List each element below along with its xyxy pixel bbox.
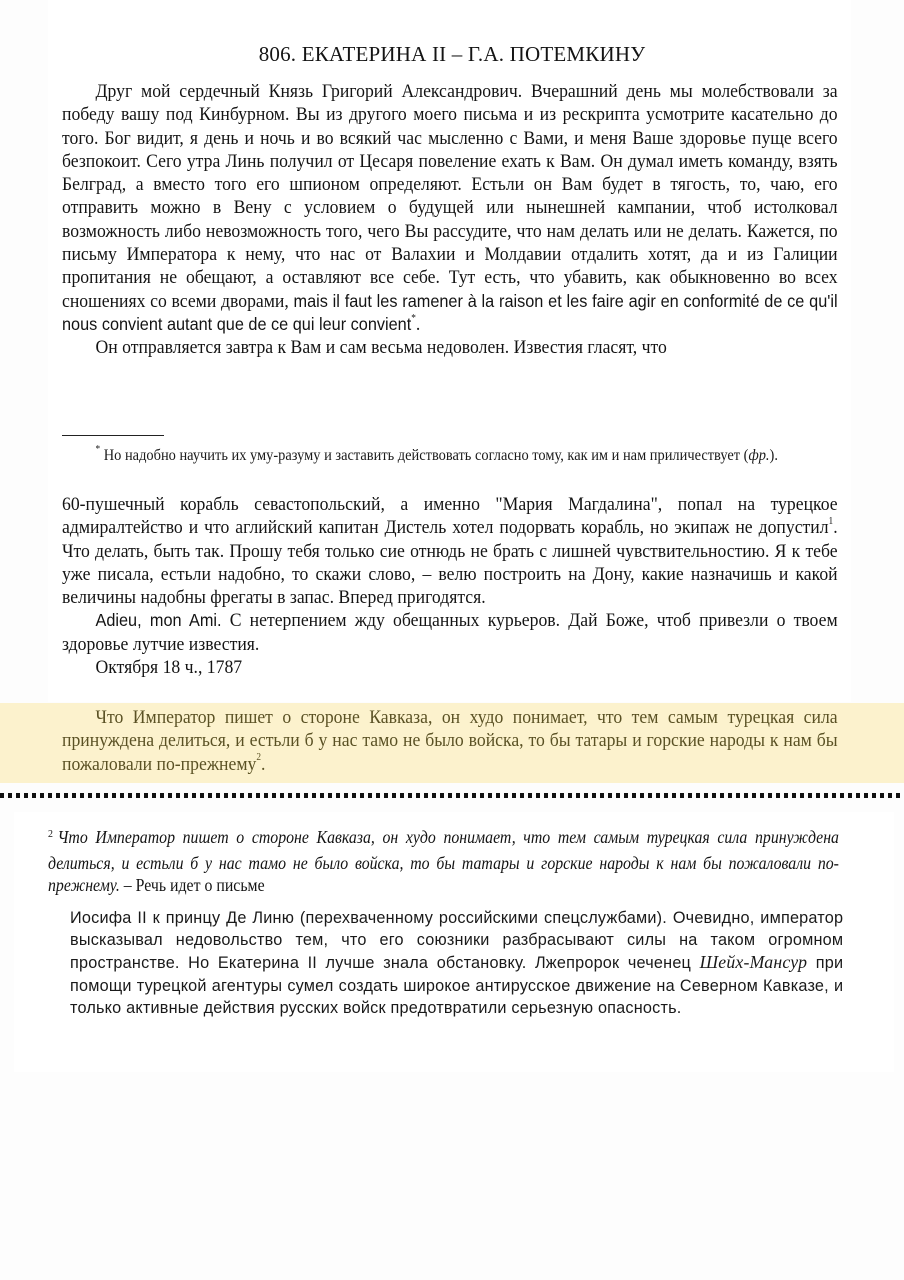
footnote-2-commentary: Иосифа II к принцу Де Линю (перехваченно… xyxy=(70,907,843,1019)
footnote-2: 2Что Император пишет о стороне Кавказа, … xyxy=(48,826,839,897)
letter-body: Друг мой сердечный Князь Григорий Алекса… xyxy=(62,80,838,360)
document-title: 806. ЕКАТЕРИНА II – Г.А. ПОТЕМКИНУ xyxy=(0,42,904,67)
dotted-separator xyxy=(0,793,904,798)
letter-body-continued: 60-пушечный корабль севастопольский, а и… xyxy=(62,493,838,679)
footnote-star-marker[interactable]: * xyxy=(411,313,416,324)
footnote-star-mark: * xyxy=(95,444,100,455)
footnote-rule xyxy=(62,435,164,436)
letter-paragraph-1: Друг мой сердечный Князь Григорий Алекса… xyxy=(62,80,838,336)
letter-paragraph-3: Adieu, mon Ami. С нетерпением жду обещан… xyxy=(62,609,838,656)
footnote-2-number: 2 xyxy=(48,828,53,840)
letter-paragraph-2-start: Он отправляется завтра к Вам и сам весьм… xyxy=(62,336,838,359)
letter-paragraph-2-continued: 60-пушечный корабль севастопольский, а и… xyxy=(62,493,838,609)
footnote-2-marker[interactable]: 2 xyxy=(256,752,261,763)
footnote-1-marker[interactable]: 1 xyxy=(829,516,834,527)
person-name: Шейх-Мансур xyxy=(700,952,808,972)
highlighted-postscript[interactable]: Что Император пишет о стороне Кавказа, о… xyxy=(62,706,838,776)
letter-date: Октября 18 ч., 1787 xyxy=(62,656,838,679)
footnote-star: * Но надобно научить их уму-разуму и зас… xyxy=(62,446,838,466)
